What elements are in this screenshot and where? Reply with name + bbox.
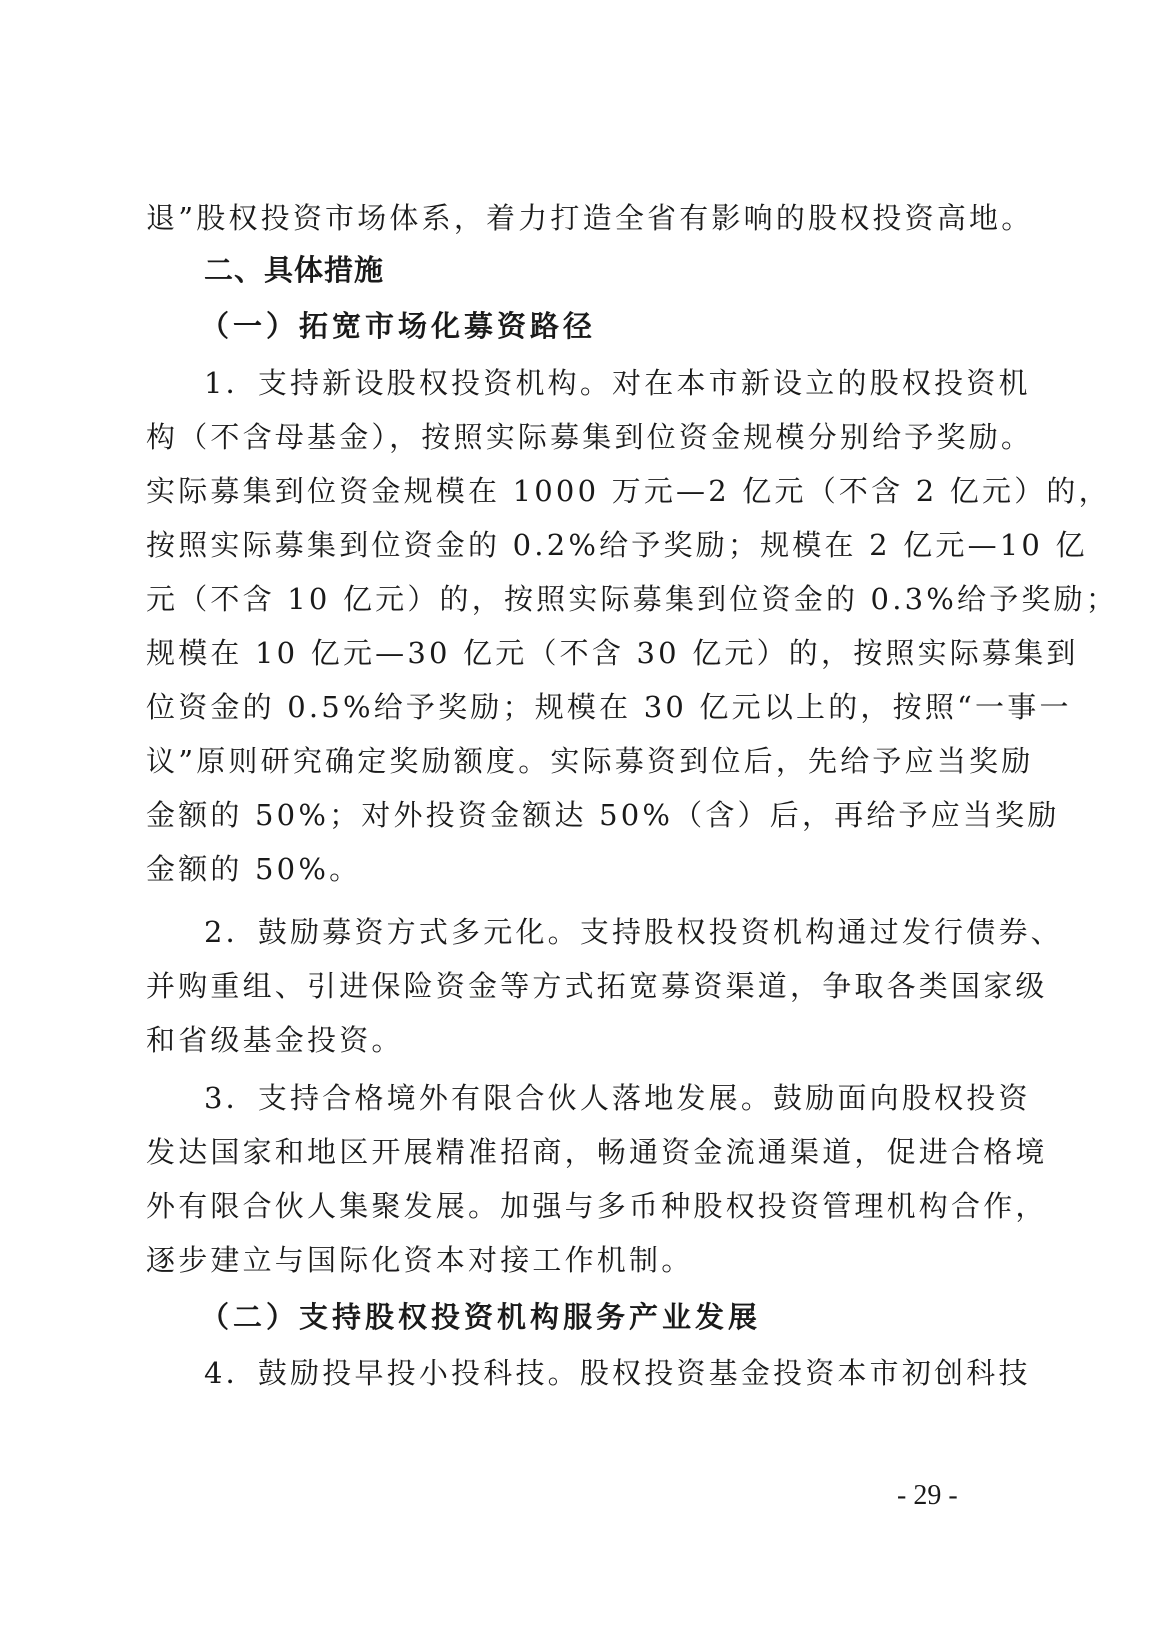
section-heading: 二、具体措施 bbox=[204, 250, 384, 290]
paragraph-line: 逐步建立与国际化资本对接工作机制。 bbox=[146, 1240, 982, 1280]
subsection-title-2: （二）支持股权投资机构服务产业发展 bbox=[200, 1297, 761, 1337]
paragraph-line: 金额的 50%。 bbox=[146, 849, 982, 889]
document-page: 退”股权投资市场体系，着力打造全省有影响的股权投资高地。 二、具体措施 （一）拓… bbox=[0, 0, 1158, 1637]
paragraph-line: 4．鼓励投早投小投科技。股权投资基金投资本市初创科技 bbox=[204, 1353, 982, 1393]
paragraph-line: 2．鼓励募资方式多元化。支持股权投资机构通过发行债券、 bbox=[204, 912, 982, 952]
paragraph-line: 议”原则研究确定奖励额度。实际募资到位后，先给予应当奖励 bbox=[146, 741, 982, 781]
continuation-line: 退”股权投资市场体系，着力打造全省有影响的股权投资高地。 bbox=[146, 198, 982, 238]
paragraph-line: 和省级基金投资。 bbox=[146, 1020, 982, 1060]
paragraph-line: 位资金的 0.5%给予奖励；规模在 30 亿元以上的，按照“一事一 bbox=[146, 687, 982, 727]
paragraph-line: 并购重组、引进保险资金等方式拓宽募资渠道，争取各类国家级 bbox=[146, 966, 982, 1006]
paragraph-line: 3．支持合格境外有限合伙人落地发展。鼓励面向股权投资 bbox=[204, 1078, 982, 1118]
paragraph-line: 元（不含 10 亿元）的，按照实际募集到位资金的 0.3%给予奖励； bbox=[146, 579, 982, 619]
paragraph-line: 1．支持新设股权投资机构。对在本市新设立的股权投资机 bbox=[204, 363, 982, 403]
page-number: - 29 - bbox=[897, 1478, 958, 1514]
paragraph-line: 构（不含母基金），按照实际募集到位资金规模分别给予奖励。 bbox=[146, 417, 982, 457]
paragraph-line: 发达国家和地区开展精准招商，畅通资金流通渠道，促进合格境 bbox=[146, 1132, 982, 1172]
paragraph-line: 按照实际募集到位资金的 0.2%给予奖励；规模在 2 亿元—10 亿 bbox=[146, 525, 982, 565]
paragraph-line: 金额的 50%；对外投资金额达 50%（含）后，再给予应当奖励 bbox=[146, 795, 982, 835]
subsection-title-1: （一）拓宽市场化募资路径 bbox=[200, 306, 596, 346]
paragraph-line: 外有限合伙人集聚发展。加强与多币种股权投资管理机构合作， bbox=[146, 1186, 982, 1226]
paragraph-line: 规模在 10 亿元—30 亿元（不含 30 亿元）的，按照实际募集到 bbox=[146, 633, 982, 673]
paragraph-line: 实际募集到位资金规模在 1000 万元—2 亿元（不含 2 亿元）的， bbox=[146, 471, 982, 511]
